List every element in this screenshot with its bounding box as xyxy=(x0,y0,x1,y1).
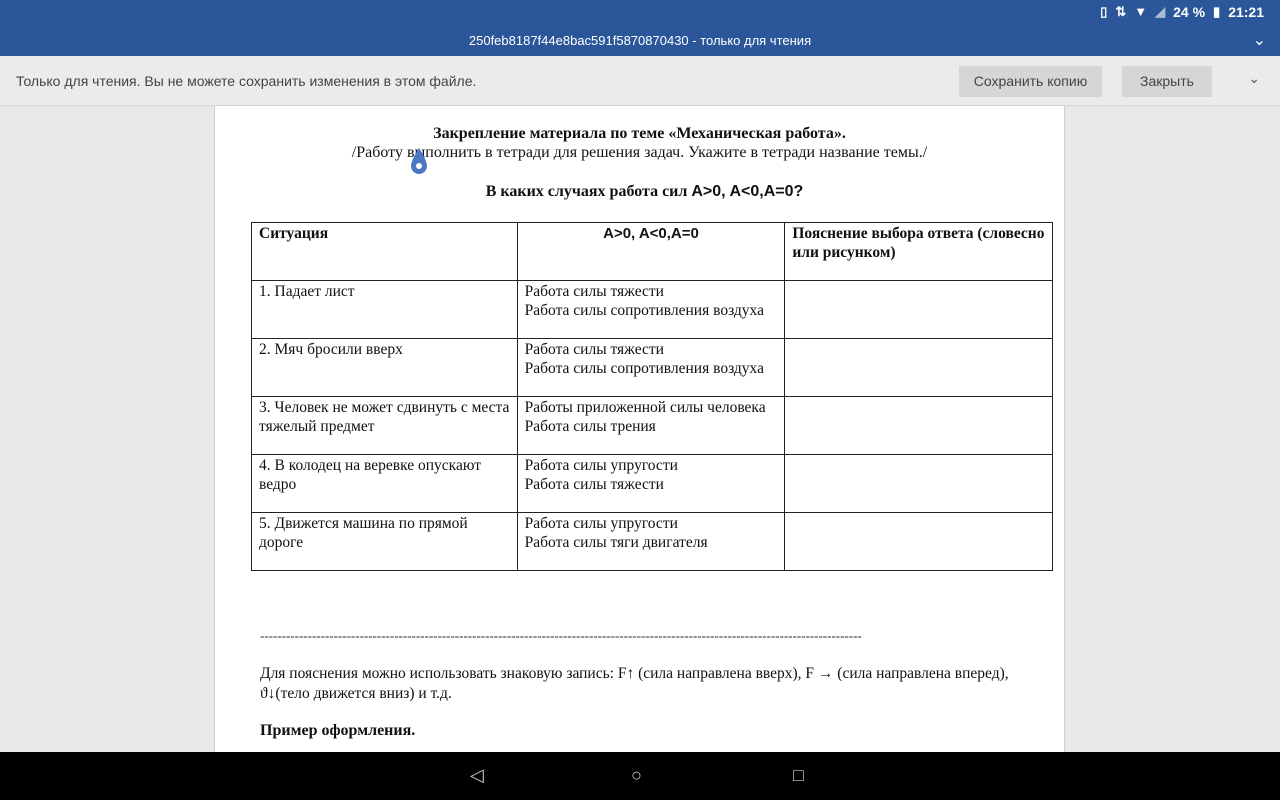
document-instruction: /Работу выполнить в тетради для решения … xyxy=(215,144,1064,162)
android-nav-bar: ◁ ○ □ xyxy=(0,752,1280,800)
separator-line: ----------------------------------------… xyxy=(260,628,1010,644)
notation-note: Для пояснения можно использовать знакову… xyxy=(260,664,1040,704)
table-header-row: Ситуация A>0, A<0,A=0 Пояснение выбора о… xyxy=(252,223,1053,281)
table-row: 2. Мяч бросили вверхРабота силы тяжестиР… xyxy=(252,339,1053,397)
table-row: 5. Движется машина по прямой дорогеРабот… xyxy=(252,513,1053,571)
situation-cell: 5. Движется машина по прямой дороге xyxy=(252,513,518,571)
battery-percent: 24 % xyxy=(1173,4,1205,20)
question-text: В каких случаях работа сил xyxy=(486,183,692,200)
header-situation: Ситуация xyxy=(252,223,518,281)
question: В каких случаях работа сил A>0, A<0,A=0? xyxy=(215,183,1064,201)
status-bar: ▯ ⇅ ▼ ◢ 24 % ▮ 21:21 xyxy=(0,0,1280,26)
force-item: Работа силы сопротивления воздуха xyxy=(525,301,778,320)
question-formula: A>0, A<0,A=0? xyxy=(691,183,803,200)
document-title: 250feb8187f44e8bac591f5870870430 - тольк… xyxy=(0,33,1280,48)
title-bar: 250feb8187f44e8bac591f5870870430 - тольк… xyxy=(0,26,1280,56)
force-item: Работа силы упругости xyxy=(525,514,778,533)
battery-charging-icon: ▮ xyxy=(1213,3,1220,21)
situation-cell: 3. Человек не может сдвинуть с места тяж… xyxy=(252,397,518,455)
text-cursor-handle-icon[interactable] xyxy=(409,146,429,176)
save-copy-button[interactable]: Сохранить копию xyxy=(959,66,1102,97)
document-canvas[interactable]: Закрепление материала по теме «Механичес… xyxy=(0,106,1280,752)
situations-table: Ситуация A>0, A<0,A=0 Пояснение выбора о… xyxy=(251,222,1053,571)
explanation-cell[interactable] xyxy=(785,513,1053,571)
force-item: Работа силы сопротивления воздуха xyxy=(525,359,778,378)
force-item: Работа силы тяжести xyxy=(525,475,778,494)
forces-cell: Работы приложенной силы человекаРабота с… xyxy=(517,397,785,455)
close-button[interactable]: Закрыть xyxy=(1122,66,1212,97)
force-item: Работы приложенной силы человека xyxy=(525,398,778,417)
forces-cell: Работа силы упругостиРабота силы тяги дв… xyxy=(517,513,785,571)
situation-cell: 4. В колодец на веревке опускают ведро xyxy=(252,455,518,513)
vibrate-icon: ▯ xyxy=(1100,3,1107,21)
force-item: Работа силы тяжести xyxy=(525,340,778,359)
header-sign: A>0, A<0,A=0 xyxy=(517,223,785,281)
situation-cell: 1. Падает лист xyxy=(252,281,518,339)
data-arrows-icon: ⇅ xyxy=(1115,3,1126,21)
table-row: 4. В колодец на веревке опускают ведроРа… xyxy=(252,455,1053,513)
no-signal-icon: ◢ xyxy=(1155,3,1165,21)
chevron-down-icon[interactable]: ⌄ xyxy=(1253,30,1266,50)
example-heading: Пример оформления. xyxy=(260,722,415,740)
forces-cell: Работа силы тяжестиРабота силы сопротивл… xyxy=(517,339,785,397)
recents-icon[interactable]: □ xyxy=(793,765,804,786)
forces-cell: Работа силы упругостиРабота силы тяжести xyxy=(517,455,785,513)
home-icon[interactable]: ○ xyxy=(631,765,642,786)
explanation-cell[interactable] xyxy=(785,339,1053,397)
explanation-cell[interactable] xyxy=(785,455,1053,513)
collapse-chevron-icon[interactable]: ⌄ xyxy=(1248,70,1260,87)
header-explanation: Пояснение выбора ответа (словесно или ри… xyxy=(785,223,1053,281)
document-page: Закрепление материала по теме «Механичес… xyxy=(214,106,1065,752)
clock: 21:21 xyxy=(1228,4,1264,20)
back-icon[interactable]: ◁ xyxy=(470,765,484,786)
force-item: Работа силы тяжести xyxy=(525,282,778,301)
explanation-cell[interactable] xyxy=(785,397,1053,455)
force-item: Работа силы тяги двигателя xyxy=(525,533,778,552)
force-item: Работа силы трения xyxy=(525,417,778,436)
document-heading: Закрепление материала по теме «Механичес… xyxy=(215,125,1064,143)
wifi-icon: ▼ xyxy=(1134,3,1147,21)
force-item: Работа силы упругости xyxy=(525,456,778,475)
table-row: 3. Человек не может сдвинуть с места тяж… xyxy=(252,397,1053,455)
forces-cell: Работа силы тяжестиРабота силы сопротивл… xyxy=(517,281,785,339)
situation-cell: 2. Мяч бросили вверх xyxy=(252,339,518,397)
table-row: 1. Падает листРабота силы тяжестиРабота … xyxy=(252,281,1053,339)
read-only-bar: Только для чтения. Вы не можете сохранит… xyxy=(0,56,1280,106)
explanation-cell[interactable] xyxy=(785,281,1053,339)
read-only-message: Только для чтения. Вы не можете сохранит… xyxy=(16,73,476,89)
